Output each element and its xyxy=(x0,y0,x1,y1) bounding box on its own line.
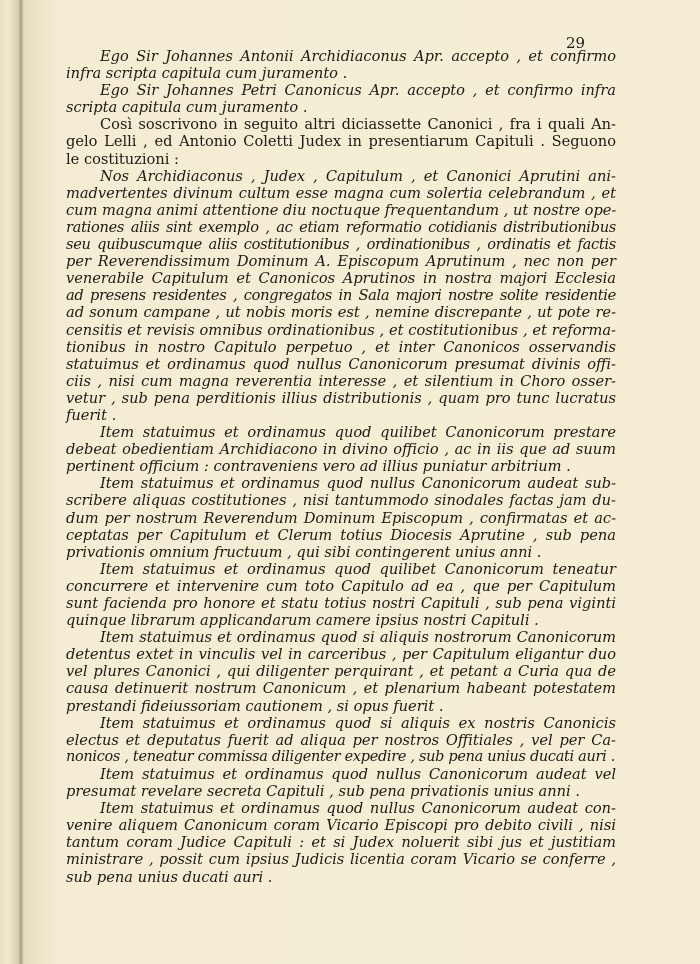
text-line: concurrere et intervenire cum toto Capit… xyxy=(66,578,616,595)
text-line: Item statuimus et ordinamus quod quilibe… xyxy=(66,561,616,578)
text-line: causa detinuerit nostrum Canonicum , et … xyxy=(66,680,616,697)
text-line: Item statuimus et ordinamus quod nullus … xyxy=(66,800,616,817)
text-line: le costituzioni : xyxy=(66,151,616,168)
page-body-text: Ego Sir Johannes Antonii Archidiaconus A… xyxy=(66,48,616,886)
text-line: tionibus in nostro Capitulo perpetuo , e… xyxy=(66,339,616,356)
book-page: 29 Ego Sir Johannes Antonii Archidiaconu… xyxy=(0,0,700,964)
text-line: sub pena unius ducati auri . xyxy=(66,869,616,886)
text-line: ministrare , possit cum ipsius Judicis l… xyxy=(66,851,616,868)
text-line: scribere aliquas costitutiones , nisi ta… xyxy=(66,492,616,509)
text-line: vel plures Canonici , qui diligenter per… xyxy=(66,663,616,680)
text-line: Item statuimus et ordinamus quod si aliq… xyxy=(66,715,616,732)
text-line: madvertentes divinum cultum esse magna c… xyxy=(66,185,616,202)
text-line: statuimus et ordinamus quod nullus Canon… xyxy=(66,356,616,373)
text-line: venire aliquem Canonicum coram Vicario E… xyxy=(66,817,616,834)
text-line: sunt facienda pro honore et statu totius… xyxy=(66,595,616,612)
text-line: per Reverendissimum Dominum A. Episcopum… xyxy=(66,253,616,270)
text-line: censitis et revisis omnibus ordinationib… xyxy=(66,322,616,339)
text-line: prestandi fideiussoriam cautionem , si o… xyxy=(66,698,616,715)
text-line: dum per nostrum Reverendum Dominum Episc… xyxy=(66,510,616,527)
text-line: venerabile Capitulum et Canonicos Apruti… xyxy=(66,270,616,287)
text-line: Nos Archidiaconus , Judex , Capitulum , … xyxy=(66,168,616,185)
text-line: ad sonum campane , ut nobis moris est , … xyxy=(66,304,616,321)
text-line: ad presens residentes , congregatos in S… xyxy=(66,287,616,304)
text-line: electus et deputatus fuerit ad aliqua pe… xyxy=(66,732,616,749)
text-line: ceptatas per Capitulum et Clerum totius … xyxy=(66,527,616,544)
text-line: detentus extet in vinculis vel in carcer… xyxy=(66,646,616,663)
text-line: Item statuimus et ordinamus quod si aliq… xyxy=(66,629,616,646)
text-line: Item statuimus et ordinamus quod nullus … xyxy=(66,475,616,492)
text-line: quinque librarum applicandarum camere ip… xyxy=(66,612,616,629)
text-line: tantum coram Judice Capituli : et si Jud… xyxy=(66,834,616,851)
text-line: presumat revelare secreta Capituli , sub… xyxy=(66,783,616,800)
text-line: privationis omnium fructuum , qui sibi c… xyxy=(66,544,616,561)
text-line: vetur , sub pena perditionis illius dist… xyxy=(66,390,616,407)
text-line: Item statuimus et ordinamus quod nullus … xyxy=(66,766,616,783)
text-line: nonicos , teneatur commissa diligenter e… xyxy=(66,749,616,766)
text-line: ciis , nisi cum magna reverentia interes… xyxy=(66,373,616,390)
text-line: scripta capitula cum juramento . xyxy=(66,99,616,116)
text-line: Ego Sir Johannes Petri Canonicus Apr. ac… xyxy=(66,82,616,99)
text-line: cum magna animi attentione diu noctuque … xyxy=(66,202,616,219)
text-line: rationes aliis sint exemplo , ac etiam r… xyxy=(66,219,616,236)
text-line: infra scripta capitula cum juramento . xyxy=(66,65,616,82)
text-line: gelo Lelli , ed Antonio Coletti Judex in… xyxy=(66,133,616,150)
text-line: pertinent officium : contraveniens vero … xyxy=(66,458,616,475)
text-line: seu quibuscumque aliis costitutionibus ,… xyxy=(66,236,616,253)
text-line: Ego Sir Johannes Antonii Archidiaconus A… xyxy=(66,48,616,65)
text-line: fuerit . xyxy=(66,407,616,424)
text-line: Item statuimus et ordinamus quod quilibe… xyxy=(66,424,616,441)
text-line: debeat obedientiam Archidiacono in divin… xyxy=(66,441,616,458)
text-line: Così soscrivono in seguito altri diciass… xyxy=(66,116,616,133)
